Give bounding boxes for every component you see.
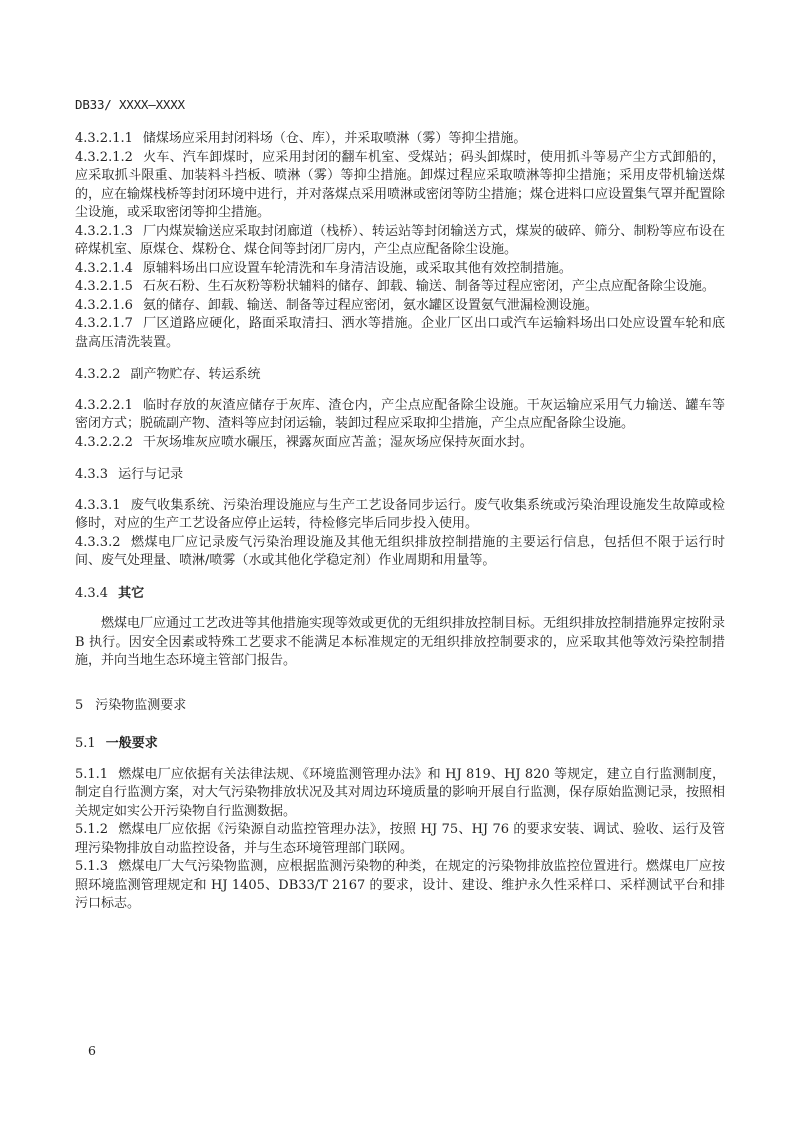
document-code-header: DB33/ XXXX—XXXX — [75, 97, 185, 112]
clause-text: 火车、汽车卸煤时，应采用封闭的翻车机室、受煤站；码头卸煤时，使用抓斗等易产尘方式… — [75, 150, 725, 221]
clause-4-3-2-1-1: 4.3.2.1.1储煤场应采用封闭料场（仓、库），并采取喷淋（雾）等抑尘措施。 — [75, 130, 725, 149]
clause-4-3-2-2-2: 4.3.2.2.2干灰场堆灰应喷水碾压，裸露灰面应苫盖；湿灰场应保持灰面水封。 — [75, 434, 725, 453]
clause-number: 4.3.2.1.1 — [75, 131, 133, 146]
clause-number: 4.3.2.1.3 — [75, 224, 133, 239]
clause-number: 5.1.1 — [75, 767, 108, 782]
clause-text: 废气收集系统、污染治理设施应与生产工艺设备同步运行。废气收集系统或污染治理设施发… — [75, 498, 725, 532]
document-page: DB33/ XXXX—XXXX 4.3.2.1.1储煤场应采用封闭料场（仓、库）… — [0, 0, 800, 1131]
heading-number: 4.3.2.2 — [75, 367, 120, 382]
clause-number: 5.1.3 — [75, 859, 108, 874]
clause-text: 临时存放的灰渣应储存于灰库、渣仓内，产尘点应配备除尘设施。干灰运输应采用气力输送… — [75, 398, 725, 432]
clause-text: 干灰场堆灰应喷水碾压，裸露灰面应苫盖；湿灰场应保持灰面水封。 — [143, 435, 533, 450]
clause-text: 厂区道路应硬化，路面采取清扫、洒水等措施。企业厂区出口或汽车运输料场出口处应设置… — [75, 316, 725, 350]
clause-text: 氨的储存、卸载、输送、制备等过程应密闭，氨水罐区设置氨气泄漏检测设施。 — [143, 298, 598, 313]
heading-5-1: 5.1一般要求 — [75, 735, 725, 754]
clause-number: 4.3.2.1.6 — [75, 298, 133, 313]
clause-5-1-2: 5.1.2燃煤电厂应依据《污染源自动监控管理办法》，按照 HJ 75、HJ 76… — [75, 821, 725, 858]
heading-text: 运行与记录 — [118, 467, 183, 482]
clause-text: 燃煤电厂应依据有关法律法规、《环境监测管理办法》和 HJ 819、HJ 820 … — [75, 767, 725, 819]
clause-text: 石灰石粉、生石灰粉等粉状辅料的储存、卸载、输送、制备等过程应密闭，产尘点应配备除… — [143, 279, 715, 294]
clause-number: 4.3.2.1.2 — [75, 150, 133, 165]
clause-text: 厂内煤炭输送应采取封闭廊道（栈桥）、转运站等封闭输送方式，煤炭的破碎、筛分、制粉… — [75, 224, 725, 258]
page-number: 6 — [88, 1043, 96, 1058]
heading-4-3-2-2: 4.3.2.2副产物贮存、转运系统 — [75, 366, 725, 385]
clause-4-3-2-1-2: 4.3.2.1.2火车、汽车卸煤时，应采用封闭的翻车机室、受煤站；码头卸煤时，使… — [75, 149, 725, 223]
clause-text: 储煤场应采用封闭料场（仓、库），并采取喷淋（雾）等抑尘措施。 — [143, 131, 527, 146]
clause-4-3-2-1-4: 4.3.2.1.4原辅料场出口应设置车轮清洗和车身清洁设施，或采取其他有效控制措… — [75, 260, 725, 279]
clause-5-1-3: 5.1.3燃煤电厂大气污染物监测，应根据监测污染物的种类，在规定的污染物排放监控… — [75, 858, 725, 914]
clause-number: 4.3.2.1.4 — [75, 261, 133, 276]
clause-4-3-2-1-5: 4.3.2.1.5石灰石粉、生石灰粉等粉状辅料的储存、卸载、输送、制备等过程应密… — [75, 278, 725, 297]
clause-4-3-2-1-7: 4.3.2.1.7厂区道路应硬化，路面采取清扫、洒水等措施。企业厂区出口或汽车运… — [75, 315, 725, 352]
heading-number: 5.1 — [75, 736, 96, 751]
heading-text: 副产物贮存、转运系统 — [130, 367, 260, 382]
clause-text: 燃煤电厂应记录废气污染治理设施及其他无组织排放控制措施的主要运行信息，包括但不限… — [75, 535, 725, 569]
clause-number: 4.3.2.2.2 — [75, 435, 133, 450]
clause-text: 燃煤电厂大气污染物监测，应根据监测污染物的种类，在规定的污染物排放监控位置进行。… — [75, 859, 725, 911]
heading-4-3-3: 4.3.3运行与记录 — [75, 466, 725, 485]
clause-text: 原辅料场出口应设置车轮清洗和车身清洁设施，或采取其他有效控制措施。 — [143, 261, 572, 276]
clause-number: 5.1.2 — [75, 822, 108, 837]
clause-4-3-2-1-3: 4.3.2.1.3厂内煤炭输送应采取封闭廊道（栈桥）、转运站等封闭输送方式，煤炭… — [75, 223, 725, 260]
clause-number: 4.3.2.1.5 — [75, 279, 133, 294]
clause-5-1-1: 5.1.1燃煤电厂应依据有关法律法规、《环境监测管理办法》和 HJ 819、HJ… — [75, 766, 725, 822]
chapter-5-heading: 5污染物监测要求 — [75, 697, 725, 716]
clause-4-3-3-1: 4.3.3.1废气收集系统、污染治理设施应与生产工艺设备同步运行。废气收集系统或… — [75, 497, 725, 534]
chapter-number: 5 — [75, 698, 83, 713]
clause-4-3-2-1-6: 4.3.2.1.6氨的储存、卸载、输送、制备等过程应密闭，氨水罐区设置氨气泄漏检… — [75, 297, 725, 316]
clause-number: 4.3.2.1.7 — [75, 316, 133, 331]
heading-text: 其它 — [118, 586, 144, 601]
heading-text: 一般要求 — [106, 736, 158, 751]
heading-number: 4.3.4 — [75, 586, 108, 601]
clause-4-3-3-2: 4.3.3.2燃煤电厂应记录废气污染治理设施及其他无组织排放控制措施的主要运行信… — [75, 534, 725, 571]
heading-number: 4.3.3 — [75, 467, 108, 482]
chapter-title: 污染物监测要求 — [95, 698, 186, 713]
clause-number: 4.3.2.2.1 — [75, 398, 133, 413]
clause-text: 燃煤电厂应依据《污染源自动监控管理办法》，按照 HJ 75、HJ 76 的要求安… — [75, 822, 725, 856]
clause-4-3-2-2-1: 4.3.2.2.1临时存放的灰渣应储存于灰库、渣仓内，产尘点应配备除尘设施。干灰… — [75, 397, 725, 434]
paragraph-4-3-4: 燃煤电厂应通过工艺改进等其他措施实现等效或更优的无组织排放控制目标。无组织排放控… — [75, 615, 725, 671]
document-body: 4.3.2.1.1储煤场应采用封闭料场（仓、库），并采取喷淋（雾）等抑尘措施。 … — [75, 130, 725, 914]
heading-4-3-4: 4.3.4其它 — [75, 585, 725, 604]
clause-number: 4.3.3.1 — [75, 498, 120, 513]
clause-number: 4.3.3.2 — [75, 535, 120, 550]
